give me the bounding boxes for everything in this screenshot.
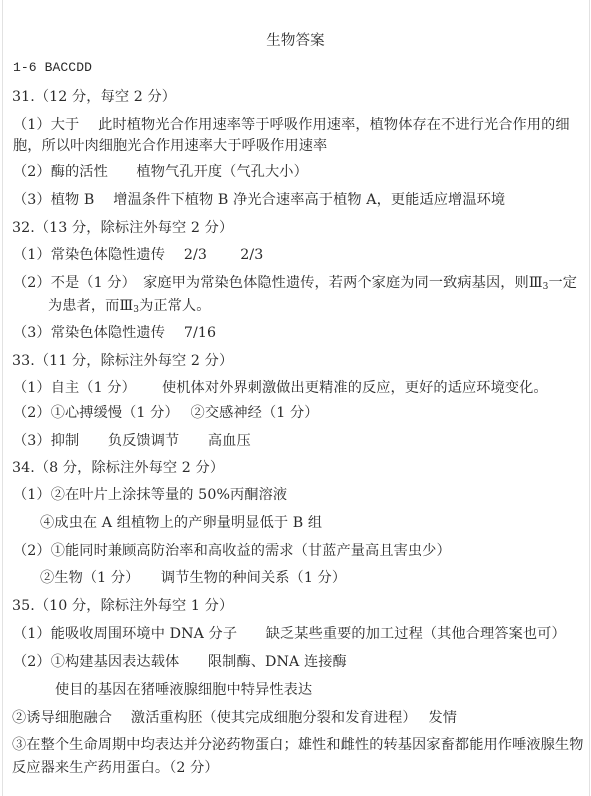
q34-header: 34.（8 分，除标注外每空 2 分） <box>12 459 224 477</box>
q35-item2: ②诱导细胞融合 激活重构胚（使其完成细胞分裂和发育进程） 发情 <box>12 709 457 727</box>
q32-part2-line2-end: 为正常人。 <box>139 298 210 314</box>
q32-part2-line1: （2）不是（1 分） 家庭甲为常染色体隐性遗传，若两个家庭为同一致病基因，则Ⅲ3… <box>13 274 577 292</box>
q33-header: 33.（11 分，除标注外每空 2 分） <box>12 352 233 370</box>
q31-header: 31.（12 分，每空 2 分） <box>12 88 176 106</box>
q31-part1-line2: 胞，所以叶肉细胞光合作用速率大于呼吸作用速率 <box>13 137 327 155</box>
q35-header: 35.（10 分，除标注外每空 1 分） <box>12 597 233 615</box>
q35-item3-line2: 反应器来生产药用蛋白。（2 分） <box>12 759 219 777</box>
page-border-left <box>2 0 3 796</box>
q33-part1: （1）自主（1 分） 使机体对外界刺激做出更精准的反应，更好的适应环境变化。 <box>13 379 548 397</box>
q35-item3-line1: ③在整个生命周期中均表达并分泌药物蛋白；雄性和雌性的转基因家畜都能用作唾液腺生物 <box>12 736 584 754</box>
q32-part1: （1）常染色体隐性遗传 2/3 2/3 <box>13 246 263 264</box>
q35-part1: （1）能吸收周围环境中 DNA 分子 缺乏某些重要的加工过程（其他合理答案也可） <box>13 625 566 643</box>
multiple-choice-answers: 1-6 BACCDD <box>13 59 92 77</box>
q31-part2: （2）酶的活性 植物气孔开度（气孔大小） <box>13 163 308 181</box>
q32-part2-line2: 为患者，而Ⅲ3为正常人。 <box>48 297 211 315</box>
q34-part1-line1: （1）②在叶片上涂抹等量的 50%丙酮溶液 <box>13 486 287 504</box>
q33-part3: （3）抑制 负反馈调节 高血压 <box>13 432 251 450</box>
q32-part3: （3）常染色体隐性遗传 7/16 <box>13 324 216 342</box>
page-border-right <box>589 0 590 796</box>
q34-part1-line2: ④成虫在 A 组植物上的产卵量明显低于 B 组 <box>40 514 322 532</box>
q34-part2-line2: ②生物（1 分） 调节生物的种间关系（1 分） <box>40 569 346 587</box>
q35-part2-line1: （2）①构建基因表达载体 限制酶、DNA 连接酶 <box>13 653 347 671</box>
q35-part2-line2: 使目的基因在猪唾液腺细胞中特异性表达 <box>55 681 312 699</box>
q32-header: 32.（13 分，除标注外每空 2 分） <box>12 219 233 237</box>
q32-part2-line2-text: 为患者，而Ⅲ <box>48 298 133 314</box>
q31-part3: （3）植物 B 增温条件下植物 B 净光合速率高于植物 A，更能适应增温环境 <box>13 191 505 209</box>
q32-part2-line1-text: （2）不是（1 分） 家庭甲为常染色体隐性遗传，若两个家庭为同一致病基因，则Ⅲ <box>13 275 543 291</box>
q31-part1-line1: （1）大于 此时植物光合作用速率等于呼吸作用速率，植物体存在不进行光合作用的细 <box>13 116 570 134</box>
page-title: 生物答案 <box>0 32 591 50</box>
q32-part2-line1-end: 一定 <box>548 275 577 291</box>
q34-part2-line1: （2）①能同时兼顾高防治率和高收益的需求（甘蓝产量高且害虫少） <box>13 542 451 560</box>
q33-part2: （2）①心搏缓慢（1 分） ②交感神经（1 分） <box>13 404 319 422</box>
